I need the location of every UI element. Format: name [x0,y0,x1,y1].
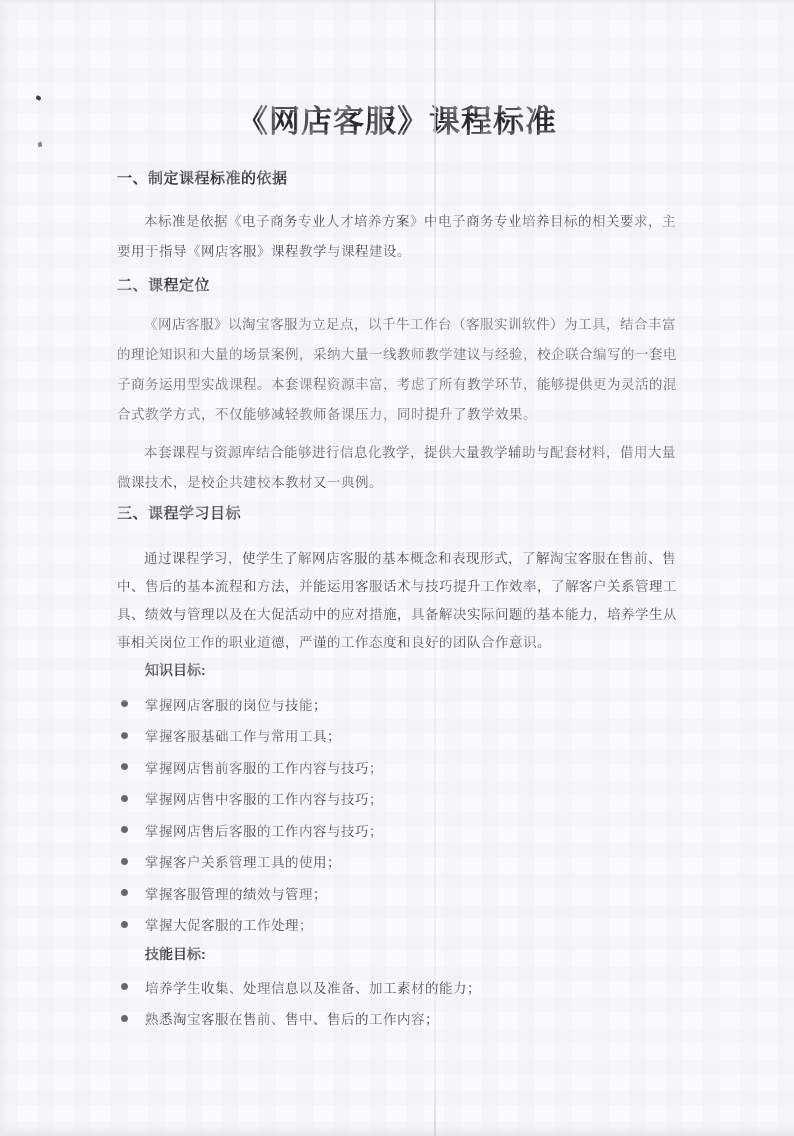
paragraph-line: 子商务运用型实战课程。本套课程资源丰富，考虑了所有教学环节，能够提供更为灵活的混 [117,370,599,400]
scan-edge-bottom [0,1126,794,1136]
bullet-dot-icon [121,858,128,865]
paragraph-line: 事相关岗位工作的职业道德，严谨的工作态度和良好的团队合作意识。 [117,629,599,657]
paragraph-line: 《网店客服》以淘宝客服为立足点，以千牛工作台（客服实训软件）为工具，结合丰富 [117,310,599,340]
paragraph-line: 的理论知识和大量的场景案例，采纳大量一线教师教学建议与经验，校企联合编写的一套电 [117,340,599,370]
bullet-text: 掌握客服管理的绩效与管理； [145,883,327,903]
scanned-document-page: 《网店客服》课程标准 一、制定课程标准的依据本标准是依据《电子商务专业人才培养方… [0,0,794,1136]
bullet-dot-icon [121,1015,128,1022]
paragraph-line: 本标准是依据《电子商务专业人才培养方案》中电子商务专业培养目标的相关要求，主 [117,207,599,237]
bullet-item: 掌握网店客服的岗位与技能； [117,688,599,720]
paragraph-line: 通过课程学习，使学生了解网店客服的基本概念和表现形式，了解淘宝客服在售前、售 [117,545,599,573]
paper-fold-crease [434,0,436,1136]
bullet-text: 掌握客户关系管理工具的使用； [145,851,341,871]
bullet-item: 掌握大促客服的工作处理； [117,909,599,941]
bullet-item: 掌握客服管理的绩效与管理； [117,877,599,909]
sub-heading: 技能目标: [145,942,599,966]
bullet-dot-icon [121,983,128,990]
bullet-item: 掌握网店售前客服的工作内容与技巧； [117,751,599,783]
paragraph-line: 要用于指导《网店客服》课程教学与课程建设。 [117,237,599,267]
paragraph-line: 微课技术，是校企共建校本教材又一典例。 [117,468,599,498]
bullet-text: 掌握网店售前客服的工作内容与技巧； [145,757,383,777]
bullet-text: 掌握大促客服的工作处理； [145,914,313,934]
bullet-dot-icon [121,826,128,833]
bullet-item: 掌握客服基础工作与常用工具； [117,720,599,752]
document-title: 《网店客服》课程标准 [0,97,794,147]
paragraph: 《网店客服》以淘宝客服为立足点，以千牛工作台（客服实训软件）为工具，结合丰富的理… [117,310,599,430]
bullet-item: 掌握网店售中客服的工作内容与技巧； [117,783,599,815]
paragraph-line: 中、售后的基本流程和方法，并能运用客服话术与技巧提升工作效率，了解客户关系管理工 [117,573,599,601]
scan-edge-top [0,0,794,6]
paragraph-line: 具、绩效与管理以及在大促活动中的应对措施，具备解决实际问题的基本能力，培养学生从 [117,601,599,629]
paragraph: 本套课程与资源库结合能够进行信息化教学，提供大量教学辅助与配套材料，借用大量微课… [117,438,599,498]
paragraph-line: 合式教学方式，不仅能够减轻教师备课压力，同时提升了教学效果。 [117,400,599,430]
bullet-item: 掌握客户关系管理工具的使用； [117,846,599,878]
section-heading: 三、课程学习目标 [117,503,599,525]
paragraph: 本标准是依据《电子商务专业人才培养方案》中电子商务专业培养目标的相关要求，主要用… [117,207,599,267]
sub-heading: 知识目标: [145,658,599,682]
bullet-text: 掌握网店售后客服的工作内容与技巧； [145,820,383,840]
bullet-dot-icon [121,795,128,802]
bullet-text: 掌握客服基础工作与常用工具； [145,725,341,745]
bullet-dot-icon [121,700,128,707]
bullet-text: 掌握网店客服的岗位与技能； [145,694,327,714]
bullet-text: 培养学生收集、处理信息以及准备、加工素材的能力； [145,977,481,997]
document-body: 一、制定课程标准的依据本标准是依据《电子商务专业人才培养方案》中电子商务专业培养… [117,168,599,1034]
section-heading: 二、课程定位 [117,275,599,297]
bullet-item: 培养学生收集、处理信息以及准备、加工素材的能力； [117,971,599,1003]
bullet-item: 掌握网店售后客服的工作内容与技巧； [117,814,599,846]
paragraph: 通过课程学习，使学生了解网店客服的基本概念和表现形式，了解淘宝客服在售前、售中、… [117,545,599,657]
bullet-dot-icon [121,763,128,770]
bullet-item: 熟悉淘宝客服在售前、售中、售后的工作内容； [117,1003,599,1035]
bullet-dot-icon [121,889,128,896]
bullet-text: 熟悉淘宝客服在售前、售中、售后的工作内容； [145,1008,439,1028]
bullet-dot-icon [121,732,128,739]
bullet-dot-icon [121,921,128,928]
scan-edge-left [0,0,7,1136]
bullet-text: 掌握网店售中客服的工作内容与技巧； [145,788,383,808]
paragraph-line: 本套课程与资源库结合能够进行信息化教学，提供大量教学辅助与配套材料，借用大量 [117,438,599,468]
section-heading: 一、制定课程标准的依据 [117,168,599,190]
